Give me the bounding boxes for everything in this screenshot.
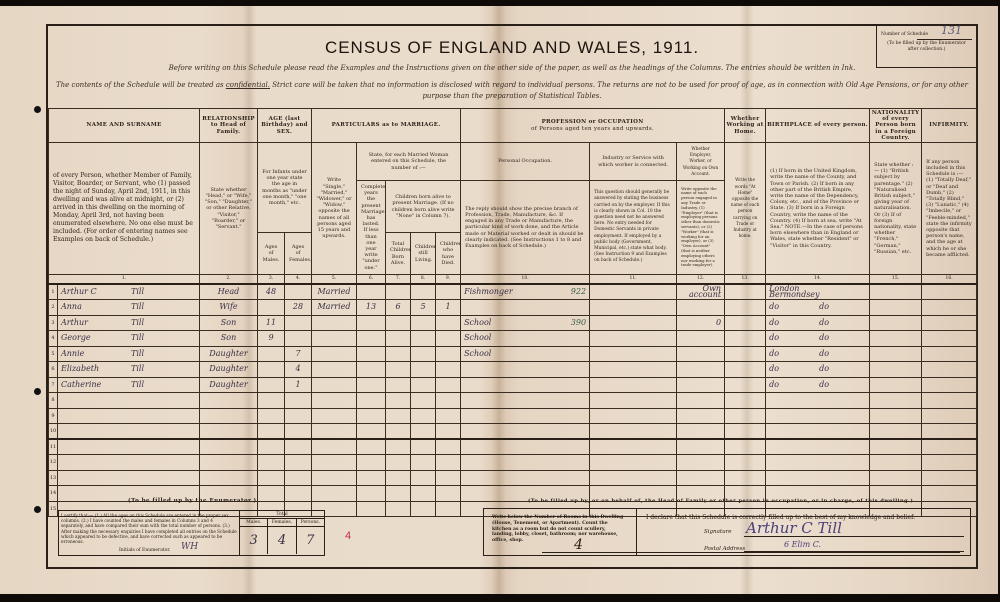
punch-hole-icon — [34, 106, 41, 113]
years-married-cell — [357, 455, 386, 471]
industry-cell — [590, 470, 677, 486]
confidentiality-note: The contents of the Schedule will be tre… — [56, 80, 968, 102]
person-name-cell: AnnieTill — [58, 346, 200, 362]
years-married-cell — [357, 424, 386, 440]
punch-hole-icon — [34, 506, 41, 513]
industry-cell — [590, 300, 677, 316]
total-children-header: Total Children Born Alive. — [386, 233, 411, 275]
header-birthplace: BIRTHPLACE of every person. — [766, 109, 870, 143]
working-at-home-cell — [725, 331, 766, 347]
working-at-home-cell — [725, 455, 766, 471]
row-number-cell: 9 — [49, 408, 58, 424]
completed-years-description: Completed years the present Marriage has… — [357, 181, 386, 275]
children-died-cell — [436, 346, 461, 362]
header-profession: PROFESSION or OCCUPATIONof Persons aged … — [461, 109, 725, 143]
relationship-cell — [200, 424, 258, 440]
age-male-cell — [258, 470, 285, 486]
children-living-cell — [411, 331, 436, 347]
occupation-cell: School — [461, 331, 590, 347]
infirmity-cell — [922, 300, 977, 316]
nationality-cell — [870, 408, 922, 424]
years-married-cell — [357, 284, 386, 300]
header-name: NAME AND SURNAME — [49, 109, 200, 143]
header-employer: Whether Employer, Worker, or Working on … — [677, 143, 725, 181]
relationship-cell — [200, 470, 258, 486]
infirmity-cell — [922, 377, 977, 393]
marriage-write-description: Write "Single," "Married," "Widower," or… — [312, 143, 357, 275]
person-name-cell — [58, 455, 200, 471]
birthplace-cell — [766, 470, 870, 486]
children-died-cell — [436, 470, 461, 486]
relationship-cell: Daughter — [200, 362, 258, 378]
children-died-cell — [436, 331, 461, 347]
relationship-cell: Daughter — [200, 346, 258, 362]
row-number-cell: 5 — [49, 346, 58, 362]
industry-cell — [590, 424, 677, 440]
enumerator-heading: (To be filled up by the Enumerator.) — [128, 498, 257, 504]
marital-status-cell — [312, 424, 357, 440]
person-name-cell: Arthur CTill — [58, 284, 200, 300]
birthplace-description: (1) If born in the United Kingdom, write… — [766, 143, 870, 275]
industry-cell — [590, 284, 677, 300]
children-living-cell — [411, 346, 436, 362]
working-at-home-cell — [725, 346, 766, 362]
table-row: 2AnnaTillWife28Married13651dodo — [49, 300, 977, 316]
children-living-cell — [411, 439, 436, 455]
person-name-cell — [58, 424, 200, 440]
years-married-cell — [357, 331, 386, 347]
marital-status-cell — [312, 393, 357, 409]
children-died-cell — [436, 408, 461, 424]
nationality-cell — [870, 284, 922, 300]
age-male-cell: 11 — [258, 315, 285, 331]
birthplace-cell — [766, 408, 870, 424]
birthplace-cell: dodo — [766, 377, 870, 393]
employer-description: Write opposite the name of each person e… — [677, 181, 725, 275]
children-total-cell — [386, 377, 411, 393]
name-description: of every Person, whether Member of Famil… — [49, 143, 200, 275]
industry-cell — [590, 362, 677, 378]
children-died-cell — [436, 455, 461, 471]
schedule-number-box: Number of Schedule 131 (To be filled up … — [876, 26, 976, 68]
row-number-cell: 13 — [49, 470, 58, 486]
age-female-cell — [285, 315, 312, 331]
birthplace-cell: dodo — [766, 300, 870, 316]
person-name-cell: CatherineTill — [58, 377, 200, 393]
signature-label: Signature — [704, 529, 732, 535]
children-died-cell — [436, 393, 461, 409]
working-at-home-cell — [725, 300, 766, 316]
employment-status-cell — [677, 439, 725, 455]
header-at-home: Whether Working at Home. — [725, 109, 766, 143]
table-row: 12 — [49, 455, 977, 471]
children-total-cell — [386, 331, 411, 347]
relationship-cell — [200, 408, 258, 424]
children-died-cell — [436, 362, 461, 378]
working-at-home-cell — [725, 393, 766, 409]
age-male-cell — [258, 439, 285, 455]
at-home-description: Write the words "At Home" opposite the n… — [725, 143, 766, 275]
birthplace-cell — [766, 424, 870, 440]
householder-box: Write below the Number of Rooms in this … — [483, 508, 971, 556]
table-row: 9 — [49, 408, 977, 424]
occupation-cell — [461, 455, 590, 471]
children-total-cell — [386, 455, 411, 471]
person-name-cell — [58, 408, 200, 424]
working-at-home-cell — [725, 284, 766, 300]
relationship-cell: Son — [200, 331, 258, 347]
employment-status-cell — [677, 393, 725, 409]
bottom-section: (To be filled up by the Enumerator.) I c… — [48, 492, 976, 569]
row-number-cell: 4 — [49, 331, 58, 347]
industry-cell — [590, 315, 677, 331]
marital-status-cell — [312, 408, 357, 424]
children-total-cell — [386, 346, 411, 362]
row-number-cell: 8 — [49, 393, 58, 409]
children-total-cell — [386, 439, 411, 455]
header-personal-occupation: Personal Occupation. — [461, 143, 590, 181]
children-total-cell — [386, 470, 411, 486]
age-male-cell — [258, 362, 285, 378]
nationality-cell — [870, 300, 922, 316]
table-row: 6ElizabethTillDaughter4dodo — [49, 362, 977, 378]
age-female-cell: 7 — [285, 346, 312, 362]
children-living-cell — [411, 393, 436, 409]
row-number-cell: 11 — [49, 439, 58, 455]
table-row: 7CatherineTillDaughter1dodo — [49, 377, 977, 393]
infirmity-cell — [922, 470, 977, 486]
employment-status-cell — [677, 470, 725, 486]
occupation-cell — [461, 377, 590, 393]
nationality-cell — [870, 377, 922, 393]
marital-status-cell — [312, 470, 357, 486]
infirmity-description: If any person included in this Schedule … — [922, 143, 977, 275]
age-female-cell — [285, 393, 312, 409]
employment-status-cell: Own account — [677, 284, 725, 300]
marital-status-cell — [312, 331, 357, 347]
row-number-cell: 1 — [49, 284, 58, 300]
age-female-cell — [285, 408, 312, 424]
nationality-cell — [870, 470, 922, 486]
children-living-cell — [411, 362, 436, 378]
relationship-cell: Son — [200, 315, 258, 331]
age-male-cell — [258, 377, 285, 393]
years-married-cell — [357, 315, 386, 331]
initials-label: Initials of Enumerator. — [119, 548, 170, 553]
age-male-cell: 48 — [258, 284, 285, 300]
total-persons: 7 — [297, 527, 324, 554]
relationship-cell — [200, 393, 258, 409]
children-died-cell — [436, 424, 461, 440]
infirmity-cell — [922, 362, 977, 378]
children-total-cell — [386, 362, 411, 378]
occupation-cell — [461, 408, 590, 424]
children-living-cell — [411, 455, 436, 471]
census-table: NAME AND SURNAME RELATIONSHIP to Head of… — [48, 108, 977, 517]
age-male-cell — [258, 408, 285, 424]
children-died-cell — [436, 439, 461, 455]
totals-box: Total Males.Females.Persons. 347 — [239, 511, 324, 555]
person-name-cell: ArthurTill — [58, 315, 200, 331]
householder-heading: (To be filled up by, or on behalf of, th… — [528, 498, 913, 504]
industry-cell — [590, 393, 677, 409]
signature-value: Arthur C Till — [746, 519, 842, 537]
subtitle-instructions: Before writing on this Schedule please r… — [48, 64, 976, 72]
header-age: AGE (last Birthday) and SEX. — [258, 109, 312, 143]
age-female-cell: 4 — [285, 362, 312, 378]
age-female-cell — [285, 470, 312, 486]
relationship-cell — [200, 455, 258, 471]
table-row: 5AnnieTillDaughter7Schooldodo — [49, 346, 977, 362]
column-number-row: 1. 2. 3. 4. 5. 6. 7. 8. 9. 10. 11. 12. 1… — [49, 274, 977, 284]
children-died-cell — [436, 377, 461, 393]
industry-cell — [590, 439, 677, 455]
children-living-header: Children still Living. — [411, 233, 436, 275]
census-rows: 1Arthur CTillHead48MarriedFishmonger922O… — [49, 284, 977, 517]
infirmity-cell — [922, 439, 977, 455]
children-total-cell — [386, 284, 411, 300]
working-at-home-cell — [725, 362, 766, 378]
birthplace-cell: LondonBermondsey — [766, 284, 870, 300]
marital-status-cell — [312, 455, 357, 471]
employment-status-cell — [677, 377, 725, 393]
infirmity-cell — [922, 424, 977, 440]
children-living-cell — [411, 377, 436, 393]
age-female-cell — [285, 455, 312, 471]
age-male-cell — [258, 300, 285, 316]
age-male-cell — [258, 393, 285, 409]
marital-status-cell: Married — [312, 300, 357, 316]
occupation-cell: Fishmonger922 — [461, 284, 590, 300]
industry-cell — [590, 346, 677, 362]
infirmity-cell — [922, 284, 977, 300]
header-relationship: RELATIONSHIP to Head of Family. — [200, 109, 258, 143]
marriage-state-description: State, for each Married Woman entered on… — [357, 143, 461, 181]
age-female-cell — [285, 284, 312, 300]
employment-status-cell — [677, 300, 725, 316]
person-name-cell: ElizabethTill — [58, 362, 200, 378]
working-at-home-cell — [725, 424, 766, 440]
children-living-cell — [411, 408, 436, 424]
nationality-cell — [870, 455, 922, 471]
row-number-cell: 2 — [49, 300, 58, 316]
occupation-cell — [461, 439, 590, 455]
occupation-cell — [461, 362, 590, 378]
person-name-cell: GeorgeTill — [58, 331, 200, 347]
census-schedule-sheet: CENSUS OF ENGLAND AND WALES, 1911. Befor… — [0, 6, 998, 594]
nationality-cell — [870, 362, 922, 378]
birthplace-cell: dodo — [766, 331, 870, 347]
marital-status-cell: Married — [312, 284, 357, 300]
row-number-cell: 3 — [49, 315, 58, 331]
birthplace-cell: dodo — [766, 362, 870, 378]
marital-status-cell — [312, 377, 357, 393]
nationality-cell — [870, 331, 922, 347]
years-married-cell — [357, 470, 386, 486]
row-number-cell: 6 — [49, 362, 58, 378]
marital-status-cell — [312, 346, 357, 362]
occupation-cell — [461, 470, 590, 486]
children-total-cell: 6 — [386, 300, 411, 316]
children-total-cell — [386, 408, 411, 424]
children-total-cell — [386, 315, 411, 331]
row-number-cell: 12 — [49, 455, 58, 471]
children-died-header: Children who have Died. — [436, 233, 461, 275]
employment-status-cell — [677, 331, 725, 347]
scan-edge — [0, 596, 1000, 602]
industry-cell — [590, 331, 677, 347]
working-at-home-cell — [725, 470, 766, 486]
table-row: 8 — [49, 393, 977, 409]
industry-cell — [590, 408, 677, 424]
children-total-cell — [386, 424, 411, 440]
employment-status-cell — [677, 408, 725, 424]
marital-status-cell — [312, 439, 357, 455]
person-name-cell — [58, 393, 200, 409]
children-died-cell: 1 — [436, 300, 461, 316]
nationality-cell — [870, 393, 922, 409]
table-row: 1Arthur CTillHead48MarriedFishmonger922O… — [49, 284, 977, 300]
occupation-cell: School — [461, 346, 590, 362]
infirmity-cell — [922, 408, 977, 424]
header-industry: Industry or Service with which worker is… — [590, 143, 677, 181]
children-living-cell — [411, 315, 436, 331]
age-male-cell — [258, 455, 285, 471]
relationship-cell — [200, 439, 258, 455]
nationality-description: State whether :— (1) "British subject by… — [870, 143, 922, 275]
years-married-cell — [357, 377, 386, 393]
person-name-cell — [58, 470, 200, 486]
ages-females-header: Ages of Females. — [285, 233, 312, 275]
age-male-cell — [258, 346, 285, 362]
birthplace-cell — [766, 439, 870, 455]
enumerator-certification: I certify that:— (1.) All the ages on th… — [61, 513, 237, 544]
children-died-cell — [436, 315, 461, 331]
row-number-cell: 7 — [49, 377, 58, 393]
employment-status-cell — [677, 362, 725, 378]
working-at-home-cell — [725, 315, 766, 331]
employment-status-cell — [677, 424, 725, 440]
ages-males-header: Ages of Males. — [258, 233, 285, 275]
children-born-description: Children born alive to present Marriage.… — [386, 181, 461, 233]
children-living-cell: 5 — [411, 300, 436, 316]
infirmity-cell — [922, 346, 977, 362]
birthplace-cell — [766, 455, 870, 471]
age-description: For Infants under one year state the age… — [258, 143, 312, 233]
header-marriage: PARTICULARS as to MARRIAGE. — [312, 109, 461, 143]
row-number-cell: 10 — [49, 424, 58, 440]
age-female-cell — [285, 439, 312, 455]
enumerator-initials: WH — [181, 542, 198, 552]
table-row: 3ArthurTillSon11School3900dodo — [49, 315, 977, 331]
infirmity-cell — [922, 331, 977, 347]
relationship-cell: Daughter — [200, 377, 258, 393]
age-female-cell — [285, 331, 312, 347]
years-married-cell — [357, 439, 386, 455]
nationality-cell — [870, 315, 922, 331]
age-female-cell: 28 — [285, 300, 312, 316]
industry-description: This question should generally be answer… — [590, 181, 677, 275]
person-name-cell: AnnaTill — [58, 300, 200, 316]
total-females: 4 — [268, 527, 296, 554]
infirmity-cell — [922, 315, 977, 331]
rooms-instruction: Write below the Number of Rooms in this … — [484, 509, 637, 555]
table-row: 11 — [49, 439, 977, 455]
industry-cell — [590, 377, 677, 393]
header-nationality: NATIONALITY of every Person born in a Fo… — [870, 109, 922, 143]
table-row: 4GeorgeTillSon9Schooldodo — [49, 331, 977, 347]
table-row: 13 — [49, 470, 977, 486]
age-male-cell: 9 — [258, 331, 285, 347]
schedule-number: 131 — [941, 28, 962, 34]
page-title: CENSUS OF ENGLAND AND WALES, 1911. — [48, 38, 976, 58]
red-annotation: 4 — [345, 530, 351, 542]
postal-address-label: Postal Address — [704, 546, 745, 552]
children-living-cell — [411, 424, 436, 440]
working-at-home-cell — [725, 408, 766, 424]
person-name-cell — [58, 439, 200, 455]
years-married-cell — [357, 346, 386, 362]
occupation-cell — [461, 300, 590, 316]
nationality-cell — [870, 424, 922, 440]
working-at-home-cell — [725, 439, 766, 455]
birthplace-cell: dodo — [766, 346, 870, 362]
working-at-home-cell — [725, 377, 766, 393]
years-married-cell — [357, 408, 386, 424]
children-living-cell — [411, 470, 436, 486]
header-infirmity: INFIRMITY. — [922, 109, 977, 143]
employment-status-cell — [677, 346, 725, 362]
postal-address-value: 6 Elim C. — [784, 540, 821, 549]
enumerator-box: I certify that:— (1.) All the ages on th… — [58, 510, 325, 556]
employment-status-cell: 0 — [677, 315, 725, 331]
occupation-cell — [461, 393, 590, 409]
children-died-cell — [436, 284, 461, 300]
relationship-description: State whether "Head," or "Wife," "Son," … — [200, 143, 258, 275]
years-married-cell: 13 — [357, 300, 386, 316]
age-female-cell: 1 — [285, 377, 312, 393]
age-female-cell — [285, 424, 312, 440]
marital-status-cell — [312, 362, 357, 378]
rooms-count: 4 — [574, 537, 583, 553]
birthplace-cell — [766, 393, 870, 409]
relationship-cell: Head — [200, 284, 258, 300]
age-male-cell — [258, 424, 285, 440]
infirmity-cell — [922, 455, 977, 471]
infirmity-cell — [922, 393, 977, 409]
table-row: 10 — [49, 424, 977, 440]
occupation-cell: School390 — [461, 315, 590, 331]
birthplace-cell: dodo — [766, 315, 870, 331]
employment-status-cell — [677, 455, 725, 471]
nationality-cell — [870, 439, 922, 455]
years-married-cell — [357, 362, 386, 378]
industry-cell — [590, 455, 677, 471]
personal-occupation-description: The reply should show the precise branch… — [461, 181, 590, 275]
occupation-cell — [461, 424, 590, 440]
schedule-frame: CENSUS OF ENGLAND AND WALES, 1911. Befor… — [46, 24, 978, 569]
punch-hole-icon — [34, 388, 41, 395]
years-married-cell — [357, 393, 386, 409]
children-total-cell — [386, 393, 411, 409]
marital-status-cell — [312, 315, 357, 331]
children-living-cell — [411, 284, 436, 300]
relationship-cell: Wife — [200, 300, 258, 316]
nationality-cell — [870, 346, 922, 362]
total-males: 3 — [240, 527, 268, 554]
